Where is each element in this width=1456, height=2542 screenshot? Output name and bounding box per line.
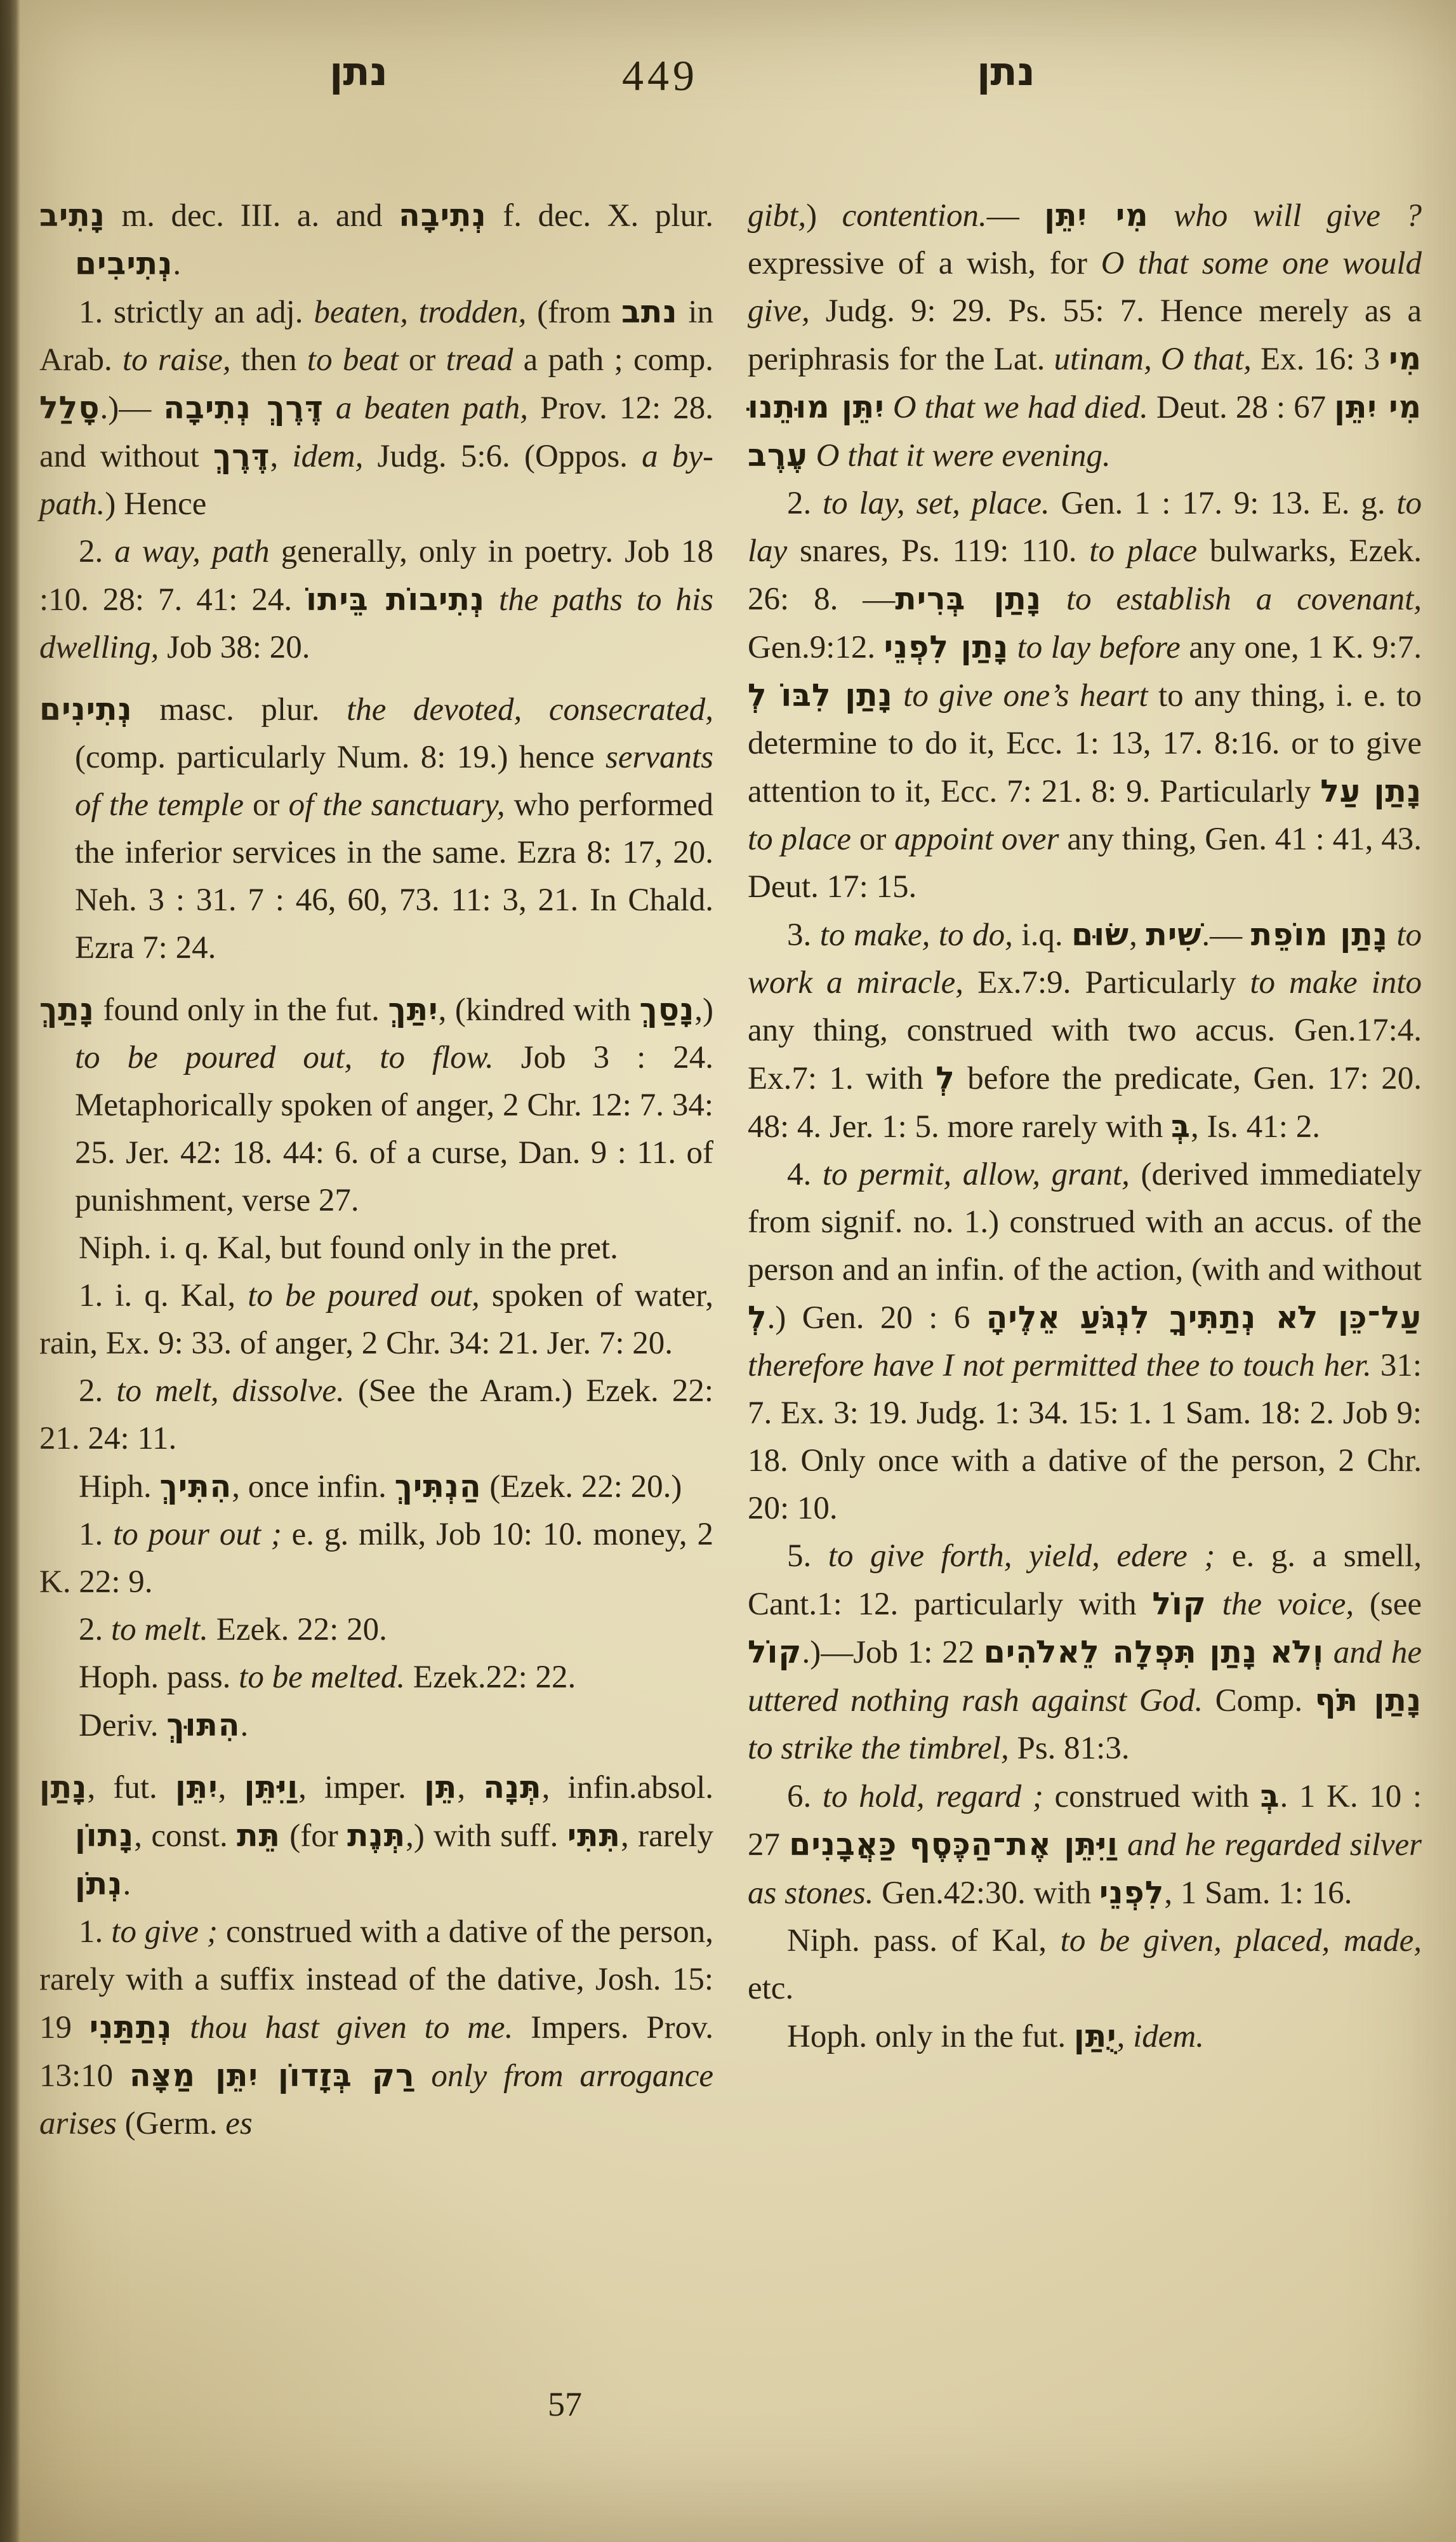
roman-text: 3.	[787, 917, 820, 953]
hebrew-text: תִּתִּי	[567, 1818, 621, 1854]
roman-text: 1. i. q. Kal,	[79, 1278, 248, 1314]
roman-text: Ezek. 22: 20.	[208, 1612, 387, 1647]
hebrew-text: נְתִינִים	[39, 691, 133, 728]
hebrew-text: נְתִיבִים	[75, 246, 173, 282]
hebrew-text: וַיִּתֵּן	[244, 1769, 298, 1806]
roman-text: 2.	[79, 534, 114, 569]
italic-gloss-text: to strike the timbrel,	[748, 1731, 1009, 1766]
italic-gloss-text: idem,	[292, 439, 363, 474]
roman-text: , fut.	[87, 1770, 175, 1806]
right-column: gibt,) contention.— מִי יִתֵּן who will …	[748, 192, 1422, 2148]
roman-text: a path ; comp.	[513, 342, 713, 378]
hebrew-text: נָתַן עַל	[1320, 773, 1422, 809]
hebrew-text: קוֹל	[1152, 1586, 1206, 1622]
italic-gloss-text: a beaten path,	[324, 390, 528, 426]
roman-text: Judg. 5:6. (Oppos.	[363, 439, 642, 474]
dictionary-paragraph: 1. to give ; construed with a dative of …	[39, 1908, 713, 2148]
roman-text: or	[851, 822, 894, 857]
italic-gloss-text: O that we had died.	[885, 390, 1148, 425]
hebrew-text: יֻתַּן	[1074, 2018, 1117, 2054]
italic-gloss-text: to give forth, yield, edere ;	[828, 1538, 1215, 1574]
italic-gloss-text: thou hast given to me.	[172, 2010, 513, 2046]
italic-gloss-text: to melt, dissolve.	[116, 1373, 344, 1409]
hebrew-text: רַק בְּזָדוֹן יִתֵּן מַצָּה	[129, 2058, 415, 2094]
hebrew-text: תֵּת	[237, 1818, 281, 1854]
dictionary-paragraph: Hoph. pass. to be melted. Ezek.22: 22.	[39, 1654, 713, 1701]
roman-text: Niph. pass. of Kal,	[787, 1923, 1061, 1959]
dictionary-paragraph: 1. to pour out ; e. g. milk, Job 10: 10.…	[39, 1511, 713, 1606]
italic-gloss-text: to place	[1089, 533, 1197, 569]
hebrew-text: שִׁית	[1146, 917, 1201, 953]
hebrew-text: לִפְנֵי	[1099, 1875, 1164, 1911]
roman-text: construed with	[1043, 1779, 1261, 1814]
roman-text: , rarely	[621, 1818, 713, 1854]
dictionary-paragraph: Niph. pass. of Kal, to be given, placed,…	[748, 1917, 1422, 2013]
roman-text: Ezek.22: 22.	[405, 1660, 576, 1695]
roman-text: 1.	[79, 1914, 111, 1950]
dictionary-paragraph: 1. i. q. Kal, to be poured out, spoken o…	[39, 1272, 713, 1367]
roman-text: 2.	[79, 1612, 111, 1647]
dictionary-paragraph: 1. strictly an adj. beaten, trodden, (fr…	[39, 288, 713, 528]
dictionary-paragraph: נָתַן, fut. יִתֵּן, וַיִּתֵּן, imper. תֵ…	[39, 1764, 713, 1908]
roman-text: (from	[526, 295, 621, 330]
hebrew-text: תְּנָה	[483, 1769, 541, 1806]
italic-gloss-text: a way, path	[114, 534, 269, 569]
roman-text: 5.	[787, 1538, 828, 1574]
roman-text: .	[173, 246, 181, 282]
roman-text: f. dec. X. plur.	[487, 198, 713, 234]
roman-text: masc. plur.	[133, 692, 347, 728]
dictionary-paragraph: נְתִינִים masc. plur. the devoted, conse…	[39, 686, 713, 972]
roman-text: etc.	[748, 1971, 793, 2006]
roman-text: (Germ.	[117, 2106, 225, 2141]
roman-text: ,)	[694, 992, 713, 1028]
roman-text: .	[122, 1867, 131, 1902]
italic-gloss-text: to melt.	[111, 1612, 208, 1647]
hebrew-text: בְּ	[1261, 1778, 1280, 1814]
hebrew-text: נָתוֹן	[75, 1818, 134, 1854]
roman-text: Hoph. pass.	[79, 1660, 239, 1695]
roman-text: 1. strictly an adj.	[79, 295, 314, 330]
italic-gloss-text: utinam, O that,	[1054, 342, 1251, 377]
roman-text: ,	[1129, 917, 1146, 953]
roman-text: Gen.42:30. with	[873, 1875, 1099, 1911]
italic-gloss-text: to place	[748, 822, 851, 857]
italic-gloss-text: to hold, regard ;	[823, 1779, 1043, 1814]
italic-gloss-text: to make, to do,	[820, 917, 1013, 953]
hebrew-text: דֶּרֶךְ	[213, 438, 270, 474]
roman-text: , (kindred with	[439, 992, 640, 1028]
hebrew-text: נְתַתַּנִי	[89, 2009, 173, 2046]
roman-text: snares, Ps. 119: 110.	[787, 533, 1089, 569]
roman-text: .)—Job 1: 22	[802, 1635, 983, 1670]
roman-text: or	[399, 342, 446, 378]
roman-text: any one, 1 K. 9:7.	[1181, 630, 1422, 665]
roman-text: , const.	[134, 1818, 237, 1854]
roman-text: 2.	[787, 486, 823, 521]
hebrew-text: נתב	[621, 294, 677, 330]
italic-gloss-text: therefore have I not permitted thee to t…	[748, 1348, 1372, 1383]
roman-text: or	[244, 787, 289, 823]
italic-gloss-text: to permit, allow, grant,	[823, 1157, 1130, 1192]
roman-text: .)—	[100, 390, 164, 426]
roman-text: Gen. 1 : 17. 9: 13. E. g.	[1050, 486, 1397, 521]
italic-gloss-text: to beat	[307, 342, 399, 378]
hebrew-text: הִתִּיךְ	[160, 1468, 232, 1505]
roman-text: Hoph. only in the fut.	[787, 2019, 1074, 2054]
hebrew-text: קוֹל	[748, 1634, 802, 1670]
dictionary-paragraph: Hiph. הִתִּיךְ, once infin. הַנְתִּיךְ (…	[39, 1463, 713, 1511]
hebrew-text: נָתַךְ	[39, 992, 95, 1028]
dictionary-paragraph: gibt,) contention.— מִי יִתֵּן who will …	[748, 192, 1422, 480]
hebrew-text: תֵּן	[424, 1769, 457, 1806]
running-head-right-catchword: נתן	[904, 48, 1108, 95]
roman-text: .	[240, 1708, 248, 1743]
hebrew-text: נָתַן בְּרִית	[895, 581, 1042, 617]
hebrew-text: הַנְתִּיךְ	[395, 1468, 482, 1505]
italic-gloss-text: idem.	[1133, 2019, 1204, 2054]
italic-gloss-text: to be poured out,	[248, 1278, 480, 1314]
roman-text: ,	[218, 1770, 244, 1806]
roman-text: found only in the fut.	[95, 992, 388, 1028]
roman-text: ) Hence	[105, 486, 206, 522]
italic-gloss-text: to be poured out, to flow.	[75, 1040, 494, 1075]
italic-gloss-text: to lay, set, place.	[823, 486, 1050, 521]
roman-text: , Is. 41: 2.	[1191, 1109, 1320, 1145]
italic-gloss-text: who will give ?	[1149, 198, 1422, 234]
hebrew-text: נְתִיבוֹת בֵּיתוֹ	[306, 582, 485, 618]
hebrew-text: לְ	[936, 1060, 955, 1096]
running-head: נתן 449 נתן	[0, 42, 1456, 137]
italic-gloss-text: contention.	[842, 198, 987, 234]
roman-text: (comp. particularly Num. 8: 19.) hence	[75, 740, 606, 775]
roman-text: (for	[281, 1818, 347, 1854]
roman-text: Comp.	[1203, 1683, 1314, 1719]
hebrew-text: נָסַךְ	[640, 992, 695, 1028]
dictionary-paragraph: 4. to permit, allow, grant, (derived imm…	[748, 1151, 1422, 1533]
dictionary-paragraph: Deriv. הִתּוּךְ.	[39, 1701, 713, 1750]
hebrew-text: נְתֹן	[75, 1866, 122, 1902]
italic-gloss-text: to establish a covenant,	[1042, 582, 1422, 617]
signature-mark: 57	[495, 2385, 635, 2424]
roman-text: —	[987, 198, 1045, 234]
dictionary-paragraph: 5. to give forth, yield, edere ; e. g. a…	[748, 1533, 1422, 1773]
roman-text: Job 38: 20.	[159, 630, 310, 665]
running-head-left-catchword: נתן	[257, 48, 460, 95]
italic-gloss-text: of the sanctuary,	[289, 787, 505, 823]
hebrew-text: נָתַן מוֹפֵת	[1251, 917, 1388, 953]
scanned-dictionary-page: נתן 449 נתן נָתִיב m. dec. III. a. and נ…	[0, 0, 1456, 2542]
roman-text: , imper.	[298, 1770, 424, 1806]
roman-text: .—	[1201, 917, 1250, 953]
italic-gloss-text: the devoted, consecrated,	[347, 692, 713, 728]
roman-text: (Ezek. 22: 20.)	[482, 1469, 682, 1505]
hebrew-text: שׂוּם	[1071, 917, 1129, 953]
roman-text: , once infin.	[232, 1469, 394, 1505]
italic-gloss-text: to pour out ;	[113, 1517, 282, 1552]
hebrew-text: בְּ	[1171, 1108, 1191, 1145]
hebrew-text: תְּנֶת	[347, 1818, 406, 1854]
dictionary-paragraph: 2. to melt, dissolve. (See the Aram.) Ez…	[39, 1367, 713, 1463]
italic-gloss-text: to be melted.	[239, 1660, 405, 1695]
hebrew-text: נְתִיבָה	[399, 197, 487, 234]
hebrew-text: יִתֵּן	[175, 1769, 218, 1806]
dictionary-paragraph: 6. to hold, regard ; construed with בְּ.…	[748, 1773, 1422, 1917]
hebrew-text: מִי יִתֵּן	[1044, 197, 1148, 234]
hebrew-text: נָתַן תֹּף	[1314, 1682, 1422, 1719]
roman-text: , infin.absol.	[542, 1770, 713, 1806]
hebrew-text: דֶּרֶךְ נְתִיבָה	[163, 390, 323, 426]
italic-gloss-text: to give one’s heart	[893, 678, 1148, 714]
hebrew-text: נָתַן	[39, 1769, 87, 1806]
italic-gloss-text: to make into	[1250, 965, 1422, 1001]
dictionary-paragraph: Niph. i. q. Kal, but found only in the p…	[39, 1225, 713, 1272]
hebrew-text: הִתּוּךְ	[166, 1707, 240, 1743]
roman-text: 4.	[787, 1157, 823, 1192]
roman-text: Hiph.	[79, 1469, 160, 1505]
hebrew-text: נָתִיב	[39, 197, 105, 234]
roman-text: ,	[270, 439, 292, 474]
left-column: נָתִיב m. dec. III. a. and נְתִיבָה f. d…	[39, 192, 713, 2148]
roman-text: Deut. 28 : 67	[1148, 390, 1334, 425]
scan-edge-shadow	[0, 0, 20, 2542]
roman-text: .) Gen. 20 : 6	[767, 1300, 986, 1336]
dictionary-paragraph: נָתִיב m. dec. III. a. and נְתִיבָה f. d…	[39, 192, 713, 288]
dictionary-paragraph: 2. to melt. Ezek. 22: 20.	[39, 1606, 713, 1654]
hebrew-text: נָתַן לִבּוֹ לְ	[748, 677, 893, 714]
dictionary-paragraph: Hoph. only in the fut. יֻתַּן, idem.	[748, 2013, 1422, 2061]
italic-gloss-text: tread	[446, 342, 513, 378]
italic-gloss-text: to raise,	[122, 342, 231, 378]
dictionary-paragraph: 3. to make, to do, i.q. שׂוּם, שִׁית.— נ…	[748, 911, 1422, 1151]
hebrew-text: סָלַל	[39, 390, 100, 426]
dictionary-paragraph: נָתַךְ found only in the fut. יִתַּךְ, (…	[39, 986, 713, 1225]
roman-text: ,) with suff.	[406, 1818, 567, 1854]
italic-gloss-text: to be given, placed, made,	[1061, 1923, 1422, 1959]
italic-gloss-text: beaten, trodden,	[314, 295, 526, 330]
hebrew-text: לְ	[748, 1300, 767, 1336]
roman-text: ,	[1117, 2019, 1134, 2054]
italic-gloss-text: to lay before	[1009, 630, 1181, 665]
roman-text: (see	[1354, 1587, 1422, 1622]
italic-gloss-text: O that it were evening.	[808, 438, 1111, 474]
roman-text: Ps. 81:3.	[1009, 1731, 1130, 1766]
roman-text: )	[806, 198, 842, 234]
roman-text: Ex.7:9. Particularly	[963, 965, 1250, 1001]
italic-gloss-text: es	[225, 2106, 252, 2141]
hebrew-text: עַל־כֵּן לֹא נְתַתִּיךָ לִנְגֹּעַ אֵלֶיה…	[986, 1300, 1422, 1336]
roman-text: expressive of a wish, for	[748, 246, 1101, 281]
hebrew-text: יִתַּךְ	[388, 992, 438, 1028]
roman-text: 6.	[787, 1779, 823, 1814]
dictionary-paragraph: 2. a way, path generally, only in poetry…	[39, 528, 713, 672]
roman-text: i.q.	[1013, 917, 1071, 953]
italic-gloss-text: to give ;	[111, 1914, 218, 1950]
page-number: 449	[559, 51, 762, 101]
roman-text: Deriv.	[79, 1708, 166, 1743]
roman-text: , 1 Sam. 1: 16.	[1164, 1875, 1352, 1911]
italic-gloss-text: gibt,	[748, 198, 806, 234]
roman-text: m. dec. III. a. and	[105, 198, 399, 234]
roman-text: ,	[457, 1770, 483, 1806]
hebrew-text: וַיִּתֵּן אֶת־הַכֶּסֶף כַּאֲבָנִים	[789, 1827, 1118, 1863]
italic-gloss-text: the voice,	[1207, 1587, 1354, 1622]
roman-text: Gen.9:12.	[748, 630, 884, 665]
roman-text: Niph. i. q. Kal, but found only in the p…	[79, 1230, 618, 1266]
dictionary-paragraph: 2. to lay, set, place. Gen. 1 : 17. 9: 1…	[748, 480, 1422, 911]
roman-text: then	[231, 342, 307, 378]
italic-gloss-text: appoint over	[894, 822, 1059, 857]
roman-text: 2.	[79, 1373, 116, 1409]
roman-text: Ex. 16: 3	[1252, 342, 1389, 377]
text-columns: נָתִיב m. dec. III. a. and נְתִיבָה f. d…	[39, 192, 1422, 2148]
hebrew-text: וְלֹא נָתַן תִּפְלָה לֵאלֹהִים	[984, 1634, 1324, 1670]
roman-text: 1.	[79, 1517, 113, 1552]
hebrew-text: נָתַן לִפְנֵי	[884, 629, 1009, 665]
